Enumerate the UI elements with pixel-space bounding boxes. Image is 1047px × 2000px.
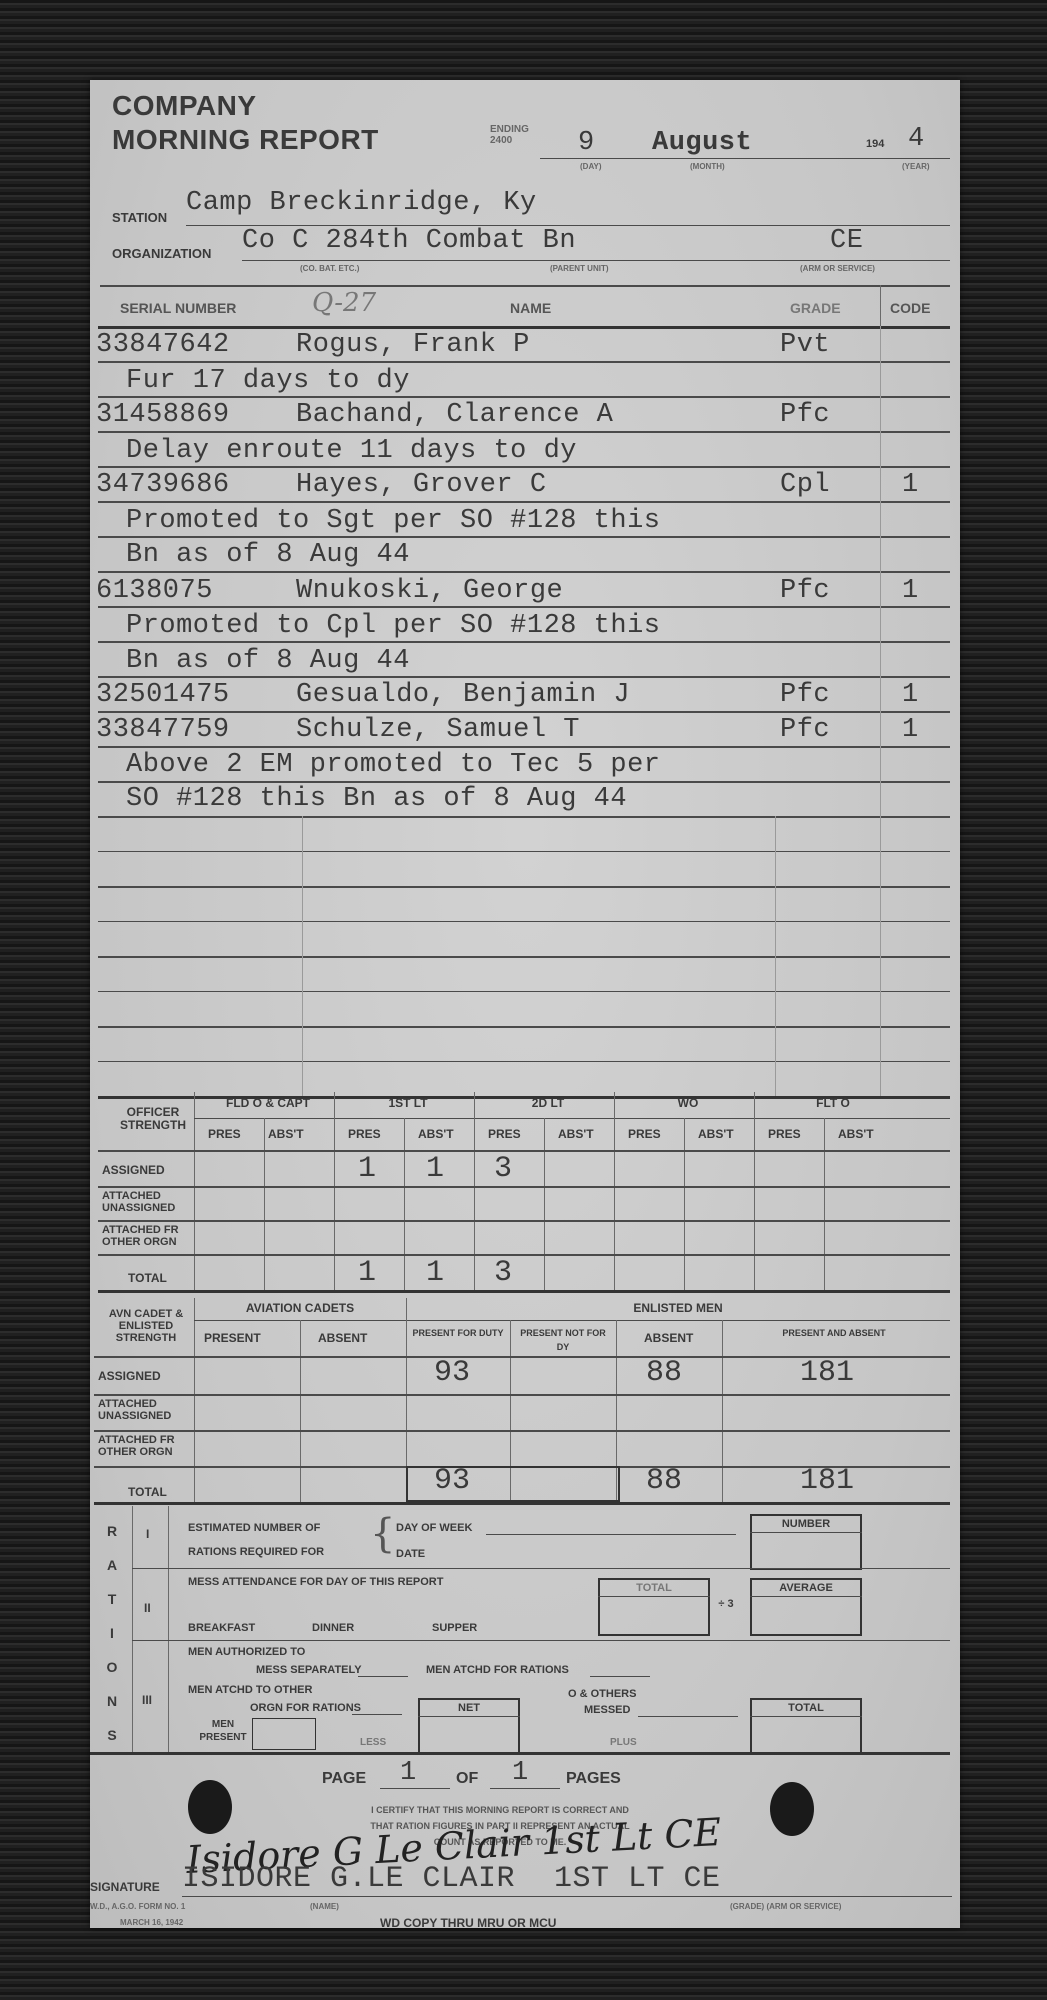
rations-bottom-rule bbox=[90, 1752, 950, 1755]
o-others-label-2: MESSED bbox=[584, 1704, 630, 1717]
row-rule bbox=[98, 711, 950, 713]
soldier-code: 1 bbox=[902, 715, 919, 745]
name-header: NAME bbox=[510, 300, 551, 316]
typed-officer-name: ISIDORE G.LE CLAIR bbox=[182, 1862, 515, 1896]
signature-line bbox=[182, 1896, 952, 1897]
soldier-name: Rogus, Frank P bbox=[296, 330, 530, 360]
officer-strength-grid: OFFICER STRENGTH FLD O & CAPT 1ST LT 2D … bbox=[98, 1092, 950, 1292]
subcol-pres: PRES bbox=[488, 1128, 521, 1141]
report-year-digit: 4 bbox=[908, 124, 925, 154]
empty-row-rule bbox=[98, 921, 950, 922]
empty-row-rule bbox=[98, 1061, 950, 1062]
remark-text: Promoted to Sgt per SO #128 this bbox=[126, 506, 660, 536]
grid-divider bbox=[194, 1298, 195, 1502]
station-label: STATION bbox=[112, 210, 167, 225]
total-present-for-duty: 93 bbox=[434, 1464, 470, 1498]
day-caption: (DAY) bbox=[580, 162, 601, 171]
date-label: DATE bbox=[396, 1548, 425, 1561]
grid-row-rule bbox=[98, 1150, 950, 1152]
page-total-line bbox=[490, 1788, 560, 1789]
total-present-and-absent: 181 bbox=[800, 1464, 854, 1498]
col-cadet-absent: ABSENT bbox=[318, 1332, 367, 1345]
form-date: MARCH 16, 1942 bbox=[120, 1918, 183, 1927]
empty-row-rule bbox=[98, 956, 950, 958]
year-prefix: 194 bbox=[866, 138, 884, 150]
row-rule bbox=[98, 396, 950, 398]
signature-label: SIGNATURE bbox=[90, 1880, 160, 1894]
col-present-for-duty: PRESENT FOR DUTY bbox=[410, 1326, 506, 1340]
serial-number: 6138075 bbox=[96, 576, 213, 606]
assigned-present-and-absent: 181 bbox=[800, 1356, 854, 1390]
men-atchd-rations-line bbox=[590, 1676, 650, 1677]
group-wo: WO bbox=[618, 1097, 758, 1110]
name-caption: (NAME) bbox=[310, 1902, 339, 1911]
remark-text: Promoted to Cpl per SO #128 this bbox=[126, 611, 660, 641]
col-enlisted-absent: ABSENT bbox=[644, 1332, 693, 1345]
rations-section: R A T I O N S I ESTIMATED NUMBER OF RATI… bbox=[90, 1506, 950, 1752]
grid-row-rule bbox=[98, 1186, 950, 1188]
grid-divider bbox=[754, 1092, 755, 1292]
average-label: AVERAGE bbox=[750, 1582, 862, 1595]
serial-number: 34739686 bbox=[96, 470, 230, 500]
morning-report-form: COMPANY MORNING REPORT ENDING 2400 9 (DA… bbox=[90, 80, 960, 1928]
rations-letter: S bbox=[104, 1718, 120, 1752]
remark-text: SO #128 this Bn as of 8 Aug 44 bbox=[126, 784, 627, 814]
men-present-label: MEN PRESENT bbox=[198, 1718, 248, 1744]
section-iii-label: III bbox=[142, 1694, 152, 1707]
grid-divider bbox=[334, 1092, 335, 1292]
row-rule bbox=[98, 361, 950, 363]
col-present-not-for-duty: PRESENT NOT FOR DY bbox=[514, 1326, 612, 1354]
subcol-abst: ABS'T bbox=[418, 1128, 454, 1141]
wd-copy-note: WD COPY THRU MRU OR MCU bbox=[380, 1916, 556, 1930]
grade-caption: (GRADE) (ARM OR SERVICE) bbox=[730, 1902, 841, 1911]
date-underline bbox=[540, 158, 950, 159]
col-present-and-absent: PRESENT AND ABSENT bbox=[734, 1326, 934, 1340]
row-rule bbox=[98, 746, 950, 748]
rations-row-rule bbox=[132, 1640, 950, 1641]
serial-number: 33847759 bbox=[96, 715, 230, 745]
month-caption: (MONTH) bbox=[690, 162, 725, 171]
soldier-grade: Pfc bbox=[780, 576, 830, 606]
brace-icon: { bbox=[370, 1514, 395, 1554]
report-day: 9 bbox=[578, 128, 595, 158]
form-title-company: COMPANY bbox=[112, 90, 257, 122]
assigned-absent: 88 bbox=[646, 1356, 682, 1390]
grid-divider bbox=[722, 1320, 723, 1502]
row-rule bbox=[98, 501, 950, 503]
section-ii-label: II bbox=[144, 1602, 151, 1615]
remark-text: Delay enroute 11 days to dy bbox=[126, 436, 577, 466]
punch-hole-right bbox=[770, 1782, 814, 1836]
row-label-total: TOTAL bbox=[128, 1272, 167, 1285]
soldier-name: Schulze, Samuel T bbox=[296, 715, 580, 745]
row-label-attached-unassigned: ATTACHED UNASSIGNED bbox=[98, 1398, 192, 1422]
plus-label: PLUS bbox=[610, 1736, 637, 1749]
page-label: PAGE bbox=[322, 1770, 366, 1788]
grid-divider bbox=[614, 1092, 615, 1292]
rations-row-rule bbox=[132, 1568, 950, 1569]
soldier-name: Hayes, Grover C bbox=[296, 470, 547, 500]
row-rule bbox=[98, 676, 950, 678]
estimated-label-2: RATIONS REQUIRED FOR bbox=[188, 1546, 324, 1559]
empty-row-rule bbox=[98, 886, 950, 888]
form-title-morning-report: MORNING REPORT bbox=[112, 124, 379, 156]
o-others-label-1: O & OTHERS bbox=[568, 1688, 636, 1701]
average-rule bbox=[750, 1596, 862, 1597]
group-rule bbox=[194, 1118, 950, 1119]
soldier-grade: Pfc bbox=[780, 680, 830, 710]
empty-row-rule bbox=[98, 1026, 950, 1028]
mess-attendance-label: MESS ATTENDANCE FOR DAY OF THIS REPORT bbox=[188, 1576, 443, 1589]
dinner-label: DINNER bbox=[312, 1622, 354, 1635]
grid-divider bbox=[684, 1118, 685, 1292]
grid-divider bbox=[544, 1118, 545, 1292]
supper-label: SUPPER bbox=[432, 1622, 477, 1635]
soldier-grade: Cpl bbox=[780, 470, 830, 500]
org-caption-arm: (ARM OR SERVICE) bbox=[800, 264, 875, 273]
grid-divider bbox=[404, 1118, 405, 1292]
soldier-grade: Pvt bbox=[780, 330, 830, 360]
subcol-abst: ABS'T bbox=[558, 1128, 594, 1141]
row-rule bbox=[98, 781, 950, 783]
group-2d-lt: 2D LT bbox=[478, 1097, 618, 1110]
handwritten-note: Q-27 bbox=[312, 288, 376, 318]
breakfast-label: BREAKFAST bbox=[188, 1622, 255, 1635]
aviation-cadets-header: AVIATION CADETS bbox=[194, 1302, 406, 1315]
net-rule bbox=[418, 1716, 520, 1717]
divide-by-three: ÷ 3 bbox=[714, 1598, 738, 1611]
men-atchd-other-label-2: ORGN FOR RATIONS bbox=[250, 1702, 361, 1715]
rations-side-label: R A T I O N S bbox=[104, 1514, 120, 1752]
row-label-attached-fr-other-orgn: ATTACHED FR OTHER ORGN bbox=[102, 1224, 192, 1248]
soldier-name: Gesualdo, Benjamin J bbox=[296, 680, 630, 710]
row-label-assigned: ASSIGNED bbox=[98, 1370, 161, 1383]
grid-divider bbox=[824, 1118, 825, 1292]
rations-letter: R bbox=[104, 1514, 120, 1548]
grid-divider bbox=[300, 1320, 301, 1502]
men-present-label-1: MEN bbox=[198, 1718, 248, 1731]
subcol-abst: ABS'T bbox=[268, 1128, 304, 1141]
row-rule bbox=[98, 816, 950, 818]
number-label: NUMBER bbox=[750, 1518, 862, 1531]
rations-letter: O bbox=[104, 1650, 120, 1684]
less-label: LESS bbox=[360, 1736, 386, 1749]
day-of-week-label: DAY OF WEEK bbox=[396, 1522, 472, 1535]
enlisted-strength-title: AVN CADET & ENLISTED STRENGTH bbox=[100, 1308, 192, 1344]
subcol-pres: PRES bbox=[348, 1128, 381, 1141]
ending-label-text: ENDING bbox=[490, 124, 529, 135]
mess-total-rule bbox=[598, 1596, 710, 1597]
serial-number: 33847642 bbox=[96, 330, 230, 360]
page-number: 1 bbox=[400, 1758, 417, 1788]
soldier-code: 1 bbox=[902, 470, 919, 500]
typed-officer-grade: 1ST LT CE bbox=[554, 1862, 721, 1896]
men-authorized-line bbox=[358, 1676, 408, 1677]
rations-letter: A bbox=[104, 1548, 120, 1582]
row-rule bbox=[98, 466, 950, 468]
row-rule bbox=[98, 536, 950, 538]
subcol-abst: ABS'T bbox=[698, 1128, 734, 1141]
form-number: W.D., A.G.O. FORM NO. 1 bbox=[90, 1902, 185, 1911]
remark-text: Fur 17 days to dy bbox=[126, 366, 410, 396]
organization-value: Co C 284th Combat Bn bbox=[242, 226, 576, 256]
row-rule bbox=[98, 641, 950, 643]
rations-letter: I bbox=[104, 1616, 120, 1650]
rations-divider bbox=[168, 1506, 169, 1752]
row-label-total: TOTAL bbox=[128, 1486, 167, 1499]
enlisted-men-header: ENLISTED MEN bbox=[406, 1302, 950, 1315]
page-total: 1 bbox=[512, 1758, 529, 1788]
row-label-attached-unassigned: ATTACHED UNASSIGNED bbox=[102, 1190, 192, 1214]
arm-service-value: CE bbox=[830, 226, 863, 256]
grade-header: GRADE bbox=[790, 300, 841, 316]
soldier-code: 1 bbox=[902, 576, 919, 606]
total-1st-lt-pres: 1 bbox=[358, 1256, 376, 1290]
estimated-label-1: ESTIMATED NUMBER OF bbox=[188, 1522, 320, 1535]
organization-underline bbox=[242, 260, 950, 261]
remark-text: Bn as of 8 Aug 44 bbox=[126, 646, 410, 676]
grid-row-rule bbox=[98, 1220, 950, 1222]
subcol-abst: ABS'T bbox=[838, 1128, 874, 1141]
rations-total-label: TOTAL bbox=[750, 1702, 862, 1715]
empty-row-rule bbox=[98, 991, 950, 992]
serial-number: 31458869 bbox=[96, 400, 230, 430]
total-1st-lt-abst: 1 bbox=[426, 1256, 444, 1290]
year-caption: (YEAR) bbox=[902, 162, 930, 171]
remark-text: Above 2 EM promoted to Tec 5 per bbox=[126, 750, 660, 780]
group-rule bbox=[194, 1320, 950, 1321]
org-caption-parent: (PARENT UNIT) bbox=[550, 264, 609, 273]
men-atchd-other-label-1: MEN ATCHD TO OTHER bbox=[188, 1684, 312, 1697]
org-caption-co: (CO. BAT. ETC.) bbox=[300, 264, 359, 273]
row-rule bbox=[98, 606, 950, 608]
grid-row-rule bbox=[94, 1394, 950, 1396]
grid-divider bbox=[474, 1092, 475, 1292]
subcol-pres: PRES bbox=[768, 1128, 801, 1141]
name-column-guide bbox=[302, 816, 303, 1096]
ending-label: ENDING 2400 bbox=[490, 124, 529, 146]
organization-label: ORGANIZATION bbox=[112, 246, 211, 261]
o-others-line bbox=[638, 1716, 738, 1717]
of-label: OF bbox=[456, 1770, 478, 1788]
serial-number: 32501475 bbox=[96, 680, 230, 710]
report-month: August bbox=[652, 128, 752, 158]
group-1st-lt: 1ST LT bbox=[338, 1097, 478, 1110]
enlisted-strength-grid: AVN CADET & ENLISTED STRENGTH AVIATION C… bbox=[94, 1298, 950, 1502]
men-atchd-other-line bbox=[352, 1714, 402, 1715]
row-label-assigned: ASSIGNED bbox=[102, 1164, 165, 1177]
officer-strength-title: OFFICER STRENGTH bbox=[108, 1106, 198, 1132]
subcol-pres: PRES bbox=[208, 1128, 241, 1141]
rations-divider bbox=[132, 1506, 133, 1752]
number-box-rule bbox=[750, 1532, 862, 1533]
grid-divider bbox=[264, 1118, 265, 1292]
grid-row-rule bbox=[94, 1430, 950, 1432]
rations-letter: T bbox=[104, 1582, 120, 1616]
total-absent: 88 bbox=[646, 1464, 682, 1498]
net-label: NET bbox=[418, 1702, 520, 1715]
group-flt-o: FLT O bbox=[758, 1097, 908, 1110]
assigned-1st-lt-abst: 1 bbox=[426, 1152, 444, 1186]
row-label-attached-fr-other-orgn: ATTACHED FR OTHER ORGN bbox=[98, 1434, 192, 1458]
section-i-label: I bbox=[146, 1528, 149, 1541]
grid-row-rule bbox=[98, 1254, 950, 1256]
subcol-pres: PRES bbox=[628, 1128, 661, 1141]
assigned-present-for-duty: 93 bbox=[434, 1356, 470, 1390]
col-cadet-present: PRESENT bbox=[204, 1332, 261, 1345]
soldier-code: 1 bbox=[902, 680, 919, 710]
code-header: CODE bbox=[890, 300, 930, 316]
row-rule bbox=[98, 571, 950, 573]
table-top-rule bbox=[100, 285, 950, 287]
grid-divider bbox=[194, 1092, 195, 1292]
ending-time-text: 2400 bbox=[490, 135, 529, 146]
rations-total-rule bbox=[750, 1716, 862, 1717]
grid-bottom-rule bbox=[94, 1502, 950, 1505]
group-fld-o-capt: FLD O & CAPT bbox=[198, 1097, 338, 1110]
soldier-grade: Pfc bbox=[780, 400, 830, 430]
assigned-1st-lt-pres: 1 bbox=[358, 1152, 376, 1186]
pages-label: PAGES bbox=[566, 1770, 621, 1788]
soldier-grade: Pfc bbox=[780, 715, 830, 745]
day-of-week-line bbox=[486, 1534, 736, 1535]
punch-hole-left bbox=[188, 1780, 232, 1834]
row-rule bbox=[98, 431, 950, 433]
men-present-label-2: PRESENT bbox=[198, 1731, 248, 1744]
page-number-line bbox=[380, 1788, 450, 1789]
soldier-name: Wnukoski, George bbox=[296, 576, 563, 606]
men-atchd-rations-label: MEN ATCHD FOR RATIONS bbox=[426, 1664, 569, 1677]
men-authorized-label-2: MESS SEPARATELY bbox=[256, 1664, 362, 1677]
soldier-name: Bachand, Clarence A bbox=[296, 400, 613, 430]
rations-letter: N bbox=[104, 1684, 120, 1718]
empty-row-rule bbox=[98, 851, 950, 852]
grid-bottom-rule bbox=[98, 1290, 950, 1293]
assigned-2d-lt-pres: 3 bbox=[494, 1152, 512, 1186]
station-value: Camp Breckinridge, Ky bbox=[186, 188, 537, 218]
header-rule bbox=[98, 326, 950, 329]
serial-number-header: SERIAL NUMBER bbox=[120, 300, 236, 316]
remark-text: Bn as of 8 Aug 44 bbox=[126, 540, 410, 570]
code-column-guide bbox=[880, 326, 881, 1096]
mess-total-label: TOTAL bbox=[598, 1582, 710, 1595]
grade-column-guide bbox=[775, 816, 776, 1096]
men-authorized-label-1: MEN AUTHORIZED TO bbox=[188, 1646, 305, 1659]
men-present-box bbox=[252, 1718, 316, 1750]
total-2d-lt-pres: 3 bbox=[494, 1256, 512, 1290]
